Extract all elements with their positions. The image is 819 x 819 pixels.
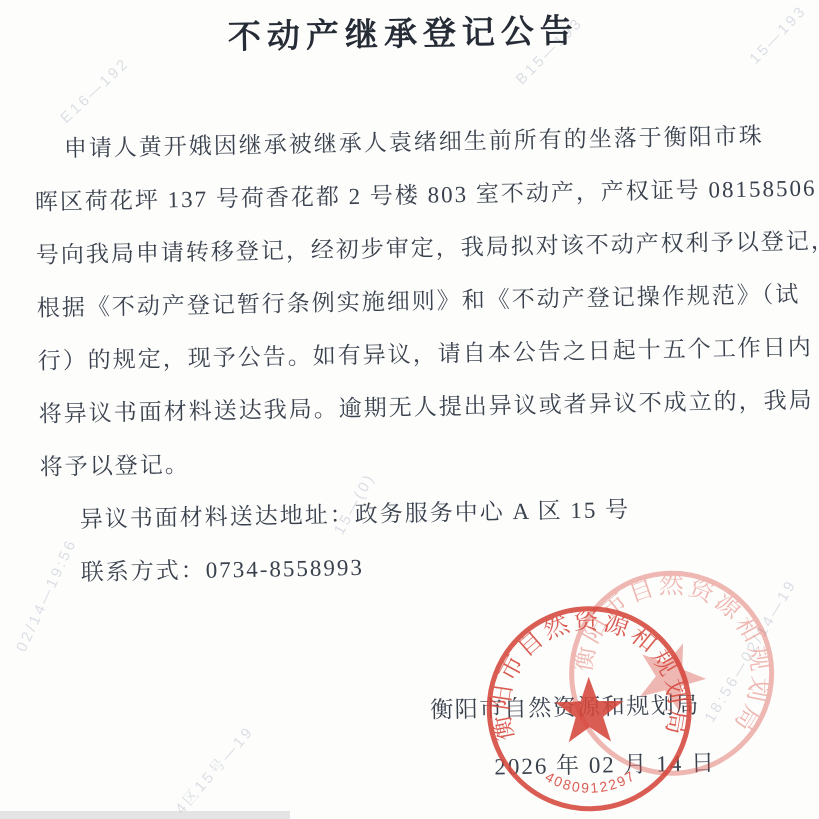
document-body: 申请人黄开娥因继承被继承人袁绪细生前所有的坐落于衡阳市珠 晖区荷花坪 137 号…: [33, 109, 802, 600]
document-title: 不动产继承登记公告: [0, 1, 813, 63]
svg-text:4080912297: 4080912297: [542, 767, 638, 797]
scan-ghost-mark: 4区15号—19: [170, 721, 258, 818]
star-icon: [554, 676, 624, 742]
official-seal: 衡阳市自然资源和规划局 4080912297: [481, 601, 697, 817]
scan-ghost-mark: E16—192: [57, 55, 133, 127]
scan-edge-artifact: [0, 811, 290, 819]
scanned-document-sheet: E16—192 B15—193 02/14—19:56 18:56—02/14—…: [0, 0, 819, 819]
seal-number: 4080912297: [542, 767, 638, 797]
